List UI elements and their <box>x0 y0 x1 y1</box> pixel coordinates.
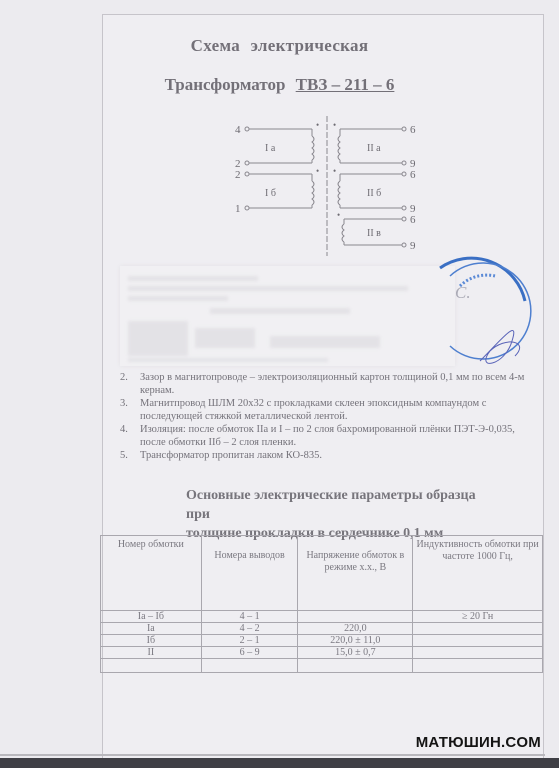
col-winding-number: Номер обмотки <box>101 536 202 611</box>
table-cell <box>298 659 413 673</box>
table-cell <box>413 659 543 673</box>
table-cell: Iа <box>101 623 202 635</box>
table-row: II6 – 915,0 ± 0,7 <box>101 647 543 659</box>
bottom-bar <box>0 758 559 768</box>
note-item: 3.Магнитпровод ШЛМ 20х32 с прокладками с… <box>120 397 540 423</box>
table-cell <box>413 635 543 647</box>
params-table: Номер обмотки Номера выводов Напряжение … <box>100 535 543 673</box>
svg-text:4: 4 <box>235 124 241 136</box>
svg-text:6: 6 <box>410 214 416 226</box>
document-subtitle: Трансформатор ТВЗ – 211 – 6 <box>0 75 559 95</box>
electrical-schema: 4 2 2 1 6 9 6 9 6 9 I а I б II а II б II… <box>220 116 440 256</box>
table-row: Iа – Iб4 – 1≥ 20 Гн <box>101 611 543 623</box>
note-item: 4.Изоляция: после обмоток IIа и I – по 2… <box>120 423 540 449</box>
table-cell: 220,0 ± 11,0 <box>298 635 413 647</box>
note-item: 5.Трансформатор пропитан лаком КО-835. <box>120 449 540 462</box>
table-cell: Iб <box>101 635 202 647</box>
table-cell: 4 – 2 <box>201 623 298 635</box>
redacted-block <box>120 266 455 366</box>
table-cell <box>201 659 298 673</box>
svg-text:•: • <box>316 166 319 176</box>
signature: С. <box>455 283 471 303</box>
svg-text:II в: II в <box>367 228 381 239</box>
svg-text:1: 1 <box>235 203 241 215</box>
note-item: 2.Зазор в магнитопроводе – электроизоляц… <box>120 371 540 397</box>
svg-text:II б: II б <box>367 188 381 199</box>
svg-text:I б: I б <box>265 188 276 199</box>
svg-text:6: 6 <box>410 124 416 136</box>
svg-text:II а: II а <box>367 143 381 154</box>
col-inductance: Индуктивность обмотки при частоте 1000 Г… <box>413 536 543 611</box>
watermark-brand: МАТЮШИН.COM <box>416 734 541 751</box>
table-row: Iб2 – 1220,0 ± 11,0 <box>101 635 543 647</box>
table-header-row: Номер обмотки Номера выводов Напряжение … <box>101 536 543 611</box>
table-cell: 15,0 ± 0,7 <box>298 647 413 659</box>
table-row: Iа4 – 2220,0 <box>101 623 543 635</box>
svg-text:•: • <box>337 210 340 220</box>
table-cell <box>413 647 543 659</box>
svg-text:I а: I а <box>265 143 276 154</box>
transformer-model: ТВЗ – 211 – 6 <box>296 75 395 94</box>
table-cell <box>101 659 202 673</box>
table-cell: 220,0 <box>298 623 413 635</box>
col-voltage: Напряжение обмоток в режиме х.х., В <box>298 536 413 611</box>
subtitle-prefix: Трансформатор <box>165 75 286 94</box>
svg-text:•: • <box>316 120 319 130</box>
divider <box>0 754 545 756</box>
table-cell: 2 – 1 <box>201 635 298 647</box>
svg-text:•: • <box>333 120 336 130</box>
svg-text:•: • <box>333 166 336 176</box>
notes-list: 2.Зазор в магнитопроводе – электроизоляц… <box>120 371 540 462</box>
svg-text:2: 2 <box>235 169 241 181</box>
table-cell: ≥ 20 Гн <box>413 611 543 623</box>
col-terminals: Номера выводов <box>201 536 298 611</box>
table-row <box>101 659 543 673</box>
table-cell <box>413 623 543 635</box>
table-cell: II <box>101 647 202 659</box>
document-title: Схема электрическая <box>0 36 559 56</box>
table-cell <box>298 611 413 623</box>
seal-stamp <box>420 246 540 376</box>
table-cell: 6 – 9 <box>201 647 298 659</box>
table-cell: 4 – 1 <box>201 611 298 623</box>
svg-text:9: 9 <box>410 240 416 252</box>
svg-text:6: 6 <box>410 169 416 181</box>
table-cell: Iа – Iб <box>101 611 202 623</box>
